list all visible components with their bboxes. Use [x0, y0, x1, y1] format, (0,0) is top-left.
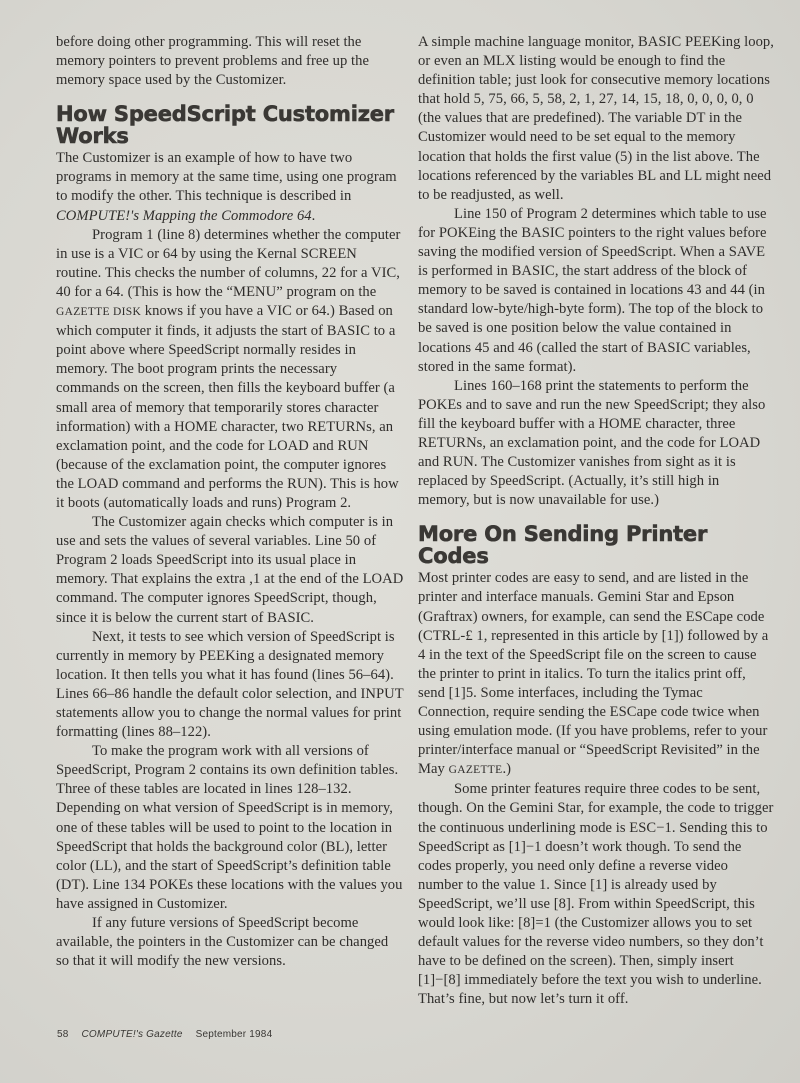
text: .) — [502, 761, 511, 777]
gazette-disk-mark: GAZETTE DISK — [56, 306, 141, 318]
page-footer: 58 COMPUTE!'s Gazette September 1984 — [57, 1029, 282, 1040]
page-number: 58 — [57, 1029, 69, 1040]
right-column: A simple machine language monitor, BASIC… — [418, 33, 774, 1010]
text: . — [312, 208, 316, 224]
text: Most printer codes are easy to send, and… — [418, 570, 768, 777]
paragraph-program-2-load: The Customizer again checks which comput… — [56, 513, 404, 628]
gazette-mark: GAZETTE — [449, 764, 503, 776]
publication-name: COMPUTE!'s Gazette — [82, 1029, 183, 1040]
paragraph-continuation: before doing other programming. This wil… — [56, 33, 404, 90]
paragraph-customizer-intro: The Customizer is an example of how to h… — [56, 149, 404, 225]
book-title: COMPUTE!'s Mapping the Commodore 64 — [56, 208, 312, 224]
issue-date: September 1984 — [196, 1029, 273, 1040]
text: knows if you have a VIC or 64.) Based on… — [56, 303, 399, 511]
section-heading-printer-codes: More On Sending Printer Codes — [418, 523, 774, 567]
paragraph-program-1: Program 1 (line 8) determines whether th… — [56, 226, 404, 513]
paragraph-future-versions: If any future versions of SpeedScript be… — [56, 914, 404, 971]
paragraph-line-150: Line 150 of Program 2 determines which t… — [418, 205, 774, 377]
paragraph-definition-tables: To make the program work with all versio… — [56, 742, 404, 914]
paragraph-lines-160-168: Lines 160–168 print the statements to pe… — [418, 377, 774, 511]
section-heading-how-customizer-works: How SpeedScript Customizer Works — [56, 103, 404, 147]
magazine-page: before doing other programming. This wil… — [0, 0, 800, 1083]
paragraph-version-test: Next, it tests to see which version of S… — [56, 628, 404, 743]
paragraph-printer-codes: Most printer codes are easy to send, and… — [418, 569, 774, 780]
left-column: before doing other programming. This wil… — [56, 33, 404, 971]
text: The Customizer is an example of how to h… — [56, 150, 397, 204]
paragraph-three-codes: Some printer features require three code… — [418, 780, 774, 1009]
text: Program 1 (line 8) determines whether th… — [56, 227, 400, 300]
paragraph-ml-monitor: A simple machine language monitor, BASIC… — [418, 33, 774, 205]
